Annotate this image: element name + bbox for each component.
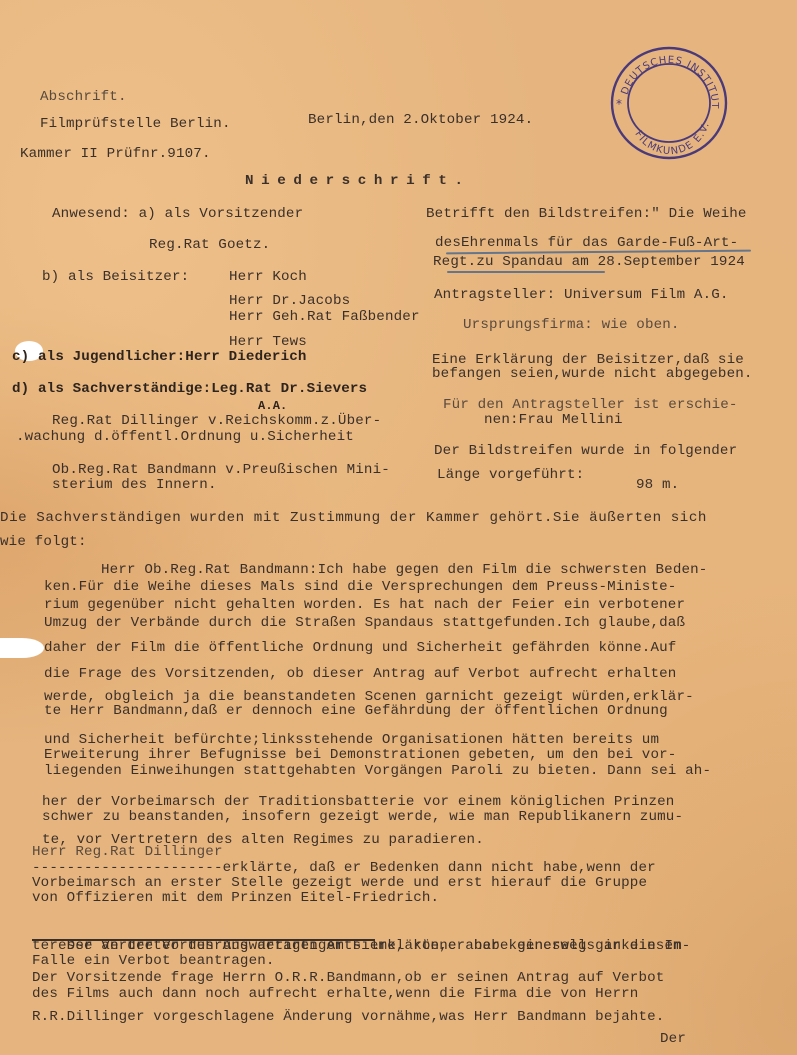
paragraph-2-line3: te Herr Bandmann,daß er dennoch eine Gef…: [44, 704, 668, 719]
paragraph-6-line6: R.R.Dillinger vorgeschlagene Änderung vo…: [32, 1010, 664, 1025]
paragraph-6-line4: Der Vorsitzende frage Herrn O.R.R.Bandma…: [32, 971, 664, 986]
screening-length-line2: Länge vorgeführt:: [437, 468, 584, 483]
svg-text:*: *: [616, 97, 622, 111]
paragraph-5-line2: Vorbeimarsch an erster Stelle gezeigt we…: [32, 876, 647, 891]
pen-underline-2: [447, 271, 605, 273]
screening-length-value: 98 m.: [636, 478, 679, 493]
paragraph-6-line3: Falle ein Verbot beantragen.: [32, 954, 275, 969]
institute-stamp: DEUTSCHES INSTITUT FÜR FILMKUNDE E.V. *: [606, 44, 732, 162]
appeared-line1: Für den Antragsteller ist erschie-: [443, 398, 738, 413]
paragraph-1-line1: Herr Ob.Reg.Rat Bandmann:Ich habe gegen …: [101, 563, 707, 578]
paragraph-6-line2: teresse an der Vorführung derartiger Fil…: [32, 939, 682, 954]
paragraph-3-line1: und Sicherheit befürchte;linksstehende O…: [44, 733, 659, 748]
authority-name: Filmprüfstelle Berlin.: [40, 117, 231, 132]
paragraph-3-line3: liegenden Einweihungen stattgehabten Vor…: [44, 764, 711, 779]
assessors-label: b) als Beisitzer:: [42, 270, 189, 285]
screening-length-line1: Der Bildstreifen wurde in folgender: [434, 444, 737, 459]
copy-label: Abschrift.: [40, 90, 127, 105]
paragraph-1-line3: rium gegenüber nicht gehalten worden. Es…: [44, 598, 685, 613]
subject-line1: Betrifft den Bildstreifen:" Die Weihe: [426, 207, 747, 222]
intro-line2: wie folgt:: [0, 535, 87, 550]
origin-company: Ursprungsfirma: wie oben.: [463, 318, 680, 333]
subject-line2: desEhrenmals für das Garde-Fuß-Art-: [435, 236, 738, 251]
experts-line: d) als Sachverständige:Leg.Rat Dr.Siever…: [12, 382, 367, 397]
paragraph-1-line5: daher der Film die öffentliche Ordnung u…: [44, 641, 676, 656]
paragraph-5-line1: ----------------------erklärte, daß er B…: [32, 861, 656, 876]
youth-representative: c) als Jugendlicher:Herr Diederich: [12, 350, 307, 365]
punch-hole-bottom: [0, 638, 44, 658]
document-title: Niederschrift.: [245, 174, 471, 189]
intro-line1: Die Sachverständigen wurden mit Zustimmu…: [0, 511, 707, 526]
expert-3-line1: Ob.Reg.Rat Bandmann v.Preußischen Mini-: [52, 463, 390, 478]
paragraph-1-line4: Umzug der Verbände durch die Straßen Spa…: [44, 616, 685, 631]
present-chair-label: Anwesend: a) als Vorsitzender: [52, 207, 303, 222]
dillinger-overstrike: Herr Reg.Rat Dillinger: [32, 845, 223, 860]
appeared-line2: nen:Frau Mellini: [484, 413, 623, 428]
paragraph-2-line1: die Frage des Vorsitzenden, ob dieser An…: [44, 667, 676, 682]
subject-line3: Regt.zu Spandau am 28.September 1924: [433, 255, 745, 270]
chamber-reference: Kammer II Prüfnr.9107.: [20, 147, 211, 162]
expert-3-line2: sterium des Innern.: [52, 478, 217, 493]
paragraph-4-line2: schwer zu beanstanden, insofern gezeigt …: [42, 810, 683, 825]
assessor-1: Herr Koch: [229, 270, 307, 285]
paragraph-3-line2: Erweiterung ihrer Befugnisse bei Demonst…: [44, 748, 676, 763]
paragraph-6-line5: des Films auch dann noch aufrecht erhalt…: [32, 987, 638, 1002]
continuation-word: Der: [660, 1032, 686, 1047]
paragraph-5-line3: von Offizieren mit dem Prinzen Eitel-Fri…: [32, 891, 439, 906]
stamp-seal-icon: DEUTSCHES INSTITUT FÜR FILMKUNDE E.V. *: [606, 44, 732, 162]
expert-2-line1: Reg.Rat Dillinger v.Reichskomm.z.Über-: [52, 414, 381, 429]
document-page: Abschrift. Filmprüfstelle Berlin. Berlin…: [0, 0, 797, 1055]
assessor-4: Herr Tews: [229, 335, 307, 350]
assessor-2: Herr Dr.Jacobs: [229, 294, 350, 309]
chair-name: Reg.Rat Goetz.: [149, 238, 270, 253]
place-date: Berlin,den 2.Oktober 1924.: [308, 113, 533, 128]
applicant: Antragsteller: Universum Film A.G.: [434, 288, 729, 303]
experts-aa: A.A.: [258, 399, 287, 414]
paragraph-4-line1: her der Vorbeimarsch der Traditionsbatte…: [42, 795, 674, 810]
bias-declaration-line2: befangen seien,wurde nicht abgegeben.: [432, 367, 753, 382]
assessor-3: Herr Geh.Rat Faßbender: [229, 310, 420, 325]
svg-text:DEUTSCHES INSTITUT FÜR: DEUTSCHES INSTITUT FÜR: [606, 44, 720, 110]
paragraph-1-line2: ken.Für die Weihe dieses Mals sind die V…: [44, 580, 676, 595]
expert-2-line2: .wachung d.öffentl.Ordnung u.Sicherheit: [16, 430, 354, 445]
